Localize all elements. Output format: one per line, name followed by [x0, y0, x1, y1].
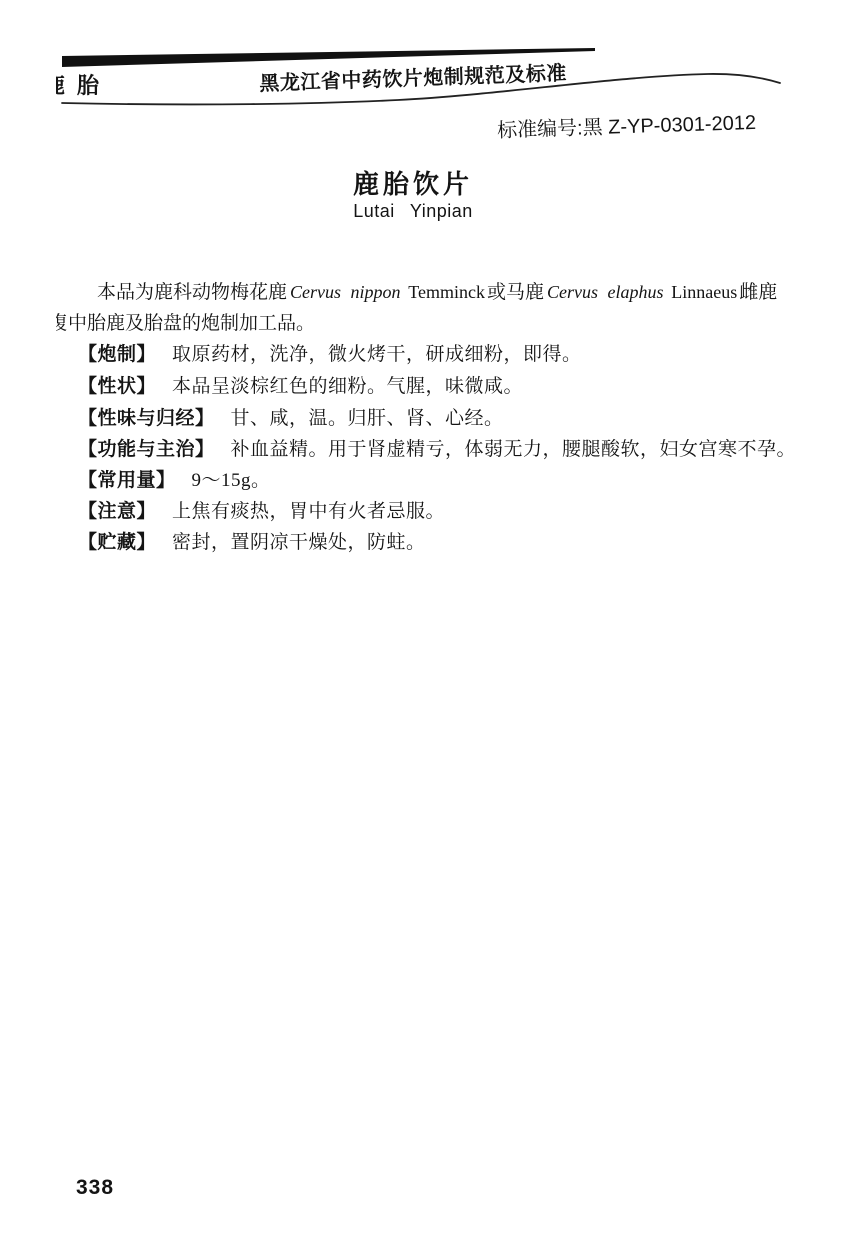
- section-zhuyi: 【注意】上焦有痰热，胃中有火者忌服。: [78, 500, 445, 524]
- monograph-title: 鹿胎饮片: [0, 164, 826, 201]
- scanned-document-page: 鹿 胎 黑龙江省中药饮片炮制规范及标准 标准编号:黑 Z-YP-0301-201…: [0, 0, 850, 1254]
- section-text: 密封，置阴凉干燥处，防蛀。: [172, 532, 426, 553]
- section-zhucang: 【贮藏】密封，置阴凉干燥处，防蛀。: [78, 531, 426, 555]
- intro-paragraph-line2: 腹中胎鹿及胎盘的炮制加工品。: [56, 312, 315, 336]
- section-text: 本品呈淡棕红色的细粉。气腥，味微咸。: [172, 376, 523, 397]
- standard-number-label: 标准编号:: [497, 117, 583, 142]
- intro-paragraph-line1: 本品为鹿科动物梅花鹿Cervus nippon Temminck或马鹿Cervu…: [97, 280, 817, 305]
- section-changyongliang: 【常用量】9～15g。: [78, 469, 271, 493]
- latin-author-1: Temminck: [408, 282, 485, 302]
- section-label: 【功能与主治】: [78, 439, 215, 460]
- standard-number-value: 黑 Z-YP-0301-2012: [582, 112, 756, 139]
- section-label: 【炮制】: [78, 344, 156, 365]
- section-xingwei-guijing: 【性味与归经】甘、咸，温。归肝、肾、心经。: [78, 407, 504, 431]
- latin-binomial-2: Cervus elaphus: [547, 282, 664, 302]
- section-label: 【注意】: [78, 501, 156, 522]
- monograph-pinyin: Lutai Yinpian: [0, 201, 826, 222]
- intro-pre: 本品为鹿科动物梅花鹿: [97, 282, 287, 303]
- intro-post: 雌鹿: [739, 282, 777, 303]
- section-xingzhuang: 【性状】本品呈淡棕红色的细粉。气腥，味微咸。: [78, 375, 523, 399]
- intro-line2-text: 中胎鹿及胎盘的炮制加工品。: [68, 313, 315, 334]
- section-label: 【常用量】: [78, 470, 176, 491]
- intro-clipped-char: 腹: [56, 312, 68, 336]
- page-number: 338: [76, 1176, 114, 1200]
- section-text: 甘、咸，温。归肝、肾、心经。: [231, 408, 504, 429]
- latin-binomial-1: Cervus nippon: [290, 282, 401, 302]
- section-label: 【性状】: [78, 376, 156, 397]
- rule-curve: [58, 68, 793, 110]
- section-paozhi: 【炮制】取原药材，洗净，微火烤干，研成细粉，即得。: [78, 343, 582, 367]
- intro-mid: 或马鹿: [487, 282, 544, 303]
- clipped-glyph: 腹: [56, 313, 67, 334]
- section-gongneng-zhuzhi: 【功能与主治】补血益精。用于肾虚精亏，体弱无力，腰腿酸软，妇女宫寒不孕。: [78, 438, 796, 462]
- section-label: 【性味与归经】: [78, 408, 215, 429]
- section-text: 上焦有痰热，胃中有火者忌服。: [172, 501, 445, 522]
- section-label: 【贮藏】: [78, 532, 156, 553]
- section-text: 补血益精。用于肾虚精亏，体弱无力，腰腿酸软，妇女宫寒不孕。: [231, 439, 797, 460]
- latin-author-2: Linnaeus: [671, 282, 737, 302]
- section-text: 9～15g。: [192, 470, 271, 491]
- section-text: 取原药材，洗净，微火烤干，研成细粉，即得。: [172, 344, 582, 365]
